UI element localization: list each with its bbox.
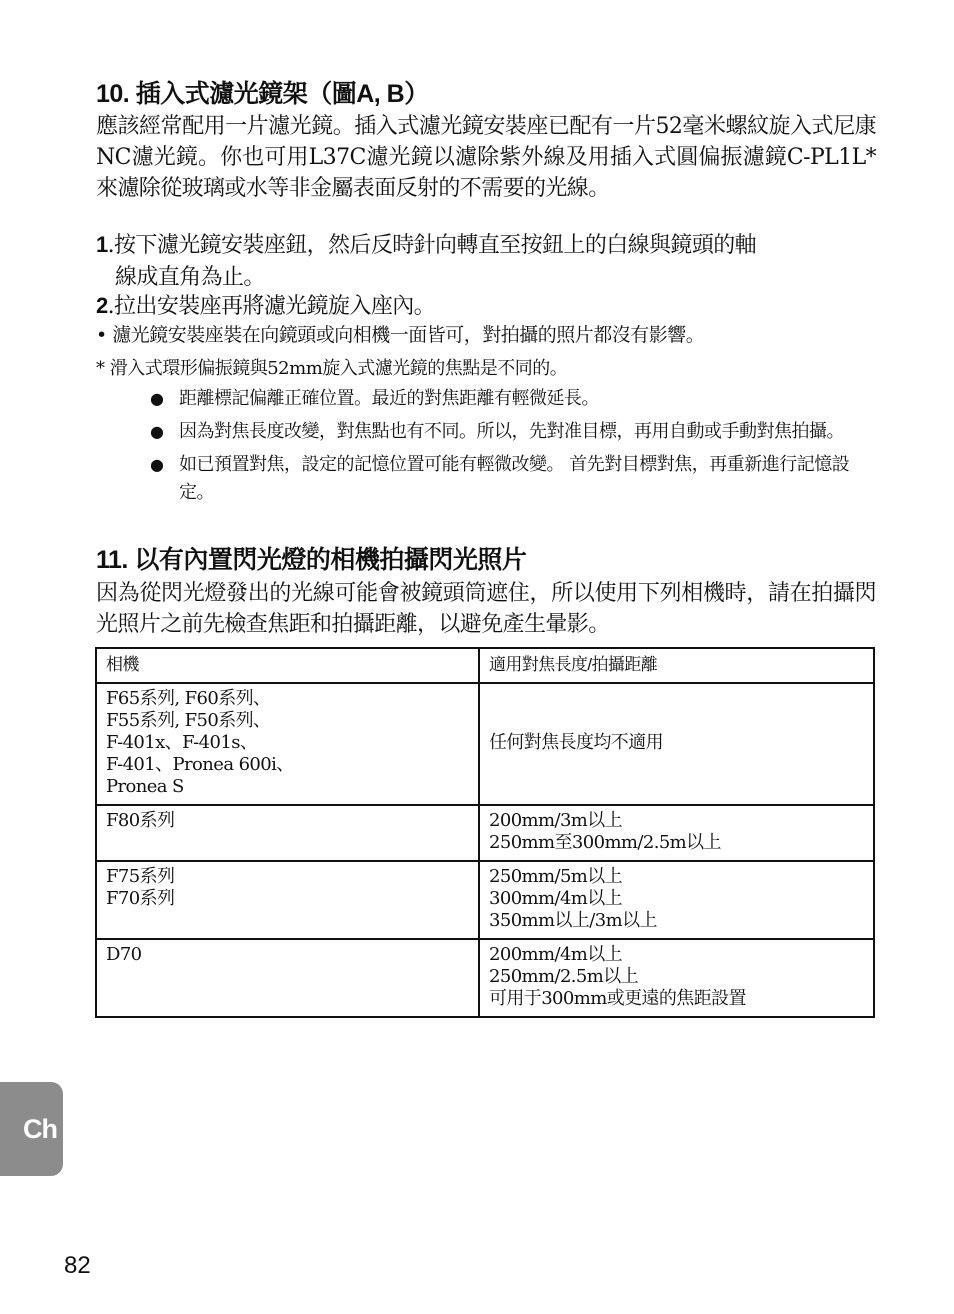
cell-line: 200mm/3m以上 [489, 810, 864, 832]
list-item: ● 如已預置對焦，設定的記憶位置可能有輕微改變。 首先對目標對焦，再重新進行記憶… [148, 451, 876, 507]
camera-cell: D70 [96, 939, 479, 1017]
cell-line: 可用于300mm或更遠的焦距設置 [489, 988, 864, 1010]
step-1: 1.按下濾光鏡安裝座鈕，然后反時針向轉直至按鈕上的白線與鏡頭的軸 線成直角為止。 [96, 229, 876, 294]
list-item: ● 因為對焦長度改變，對焦點也有不同。所以，先對准目標，再用自動或手動對焦拍攝。 [148, 418, 876, 446]
cell-line: F55系列, F50系列、 [106, 710, 469, 732]
table-row: F75系列 F70系列 250mm/5m以上 300mm/4m以上 350mm以… [96, 861, 874, 939]
bullet-icon: ● [150, 418, 163, 446]
cell-line: 300mm/4m以上 [489, 888, 864, 910]
cell-line: 200mm/4m以上 [489, 944, 864, 966]
cell-line: Pronea S [106, 776, 469, 798]
cell-line: F-401x、F-401s、 [106, 732, 469, 754]
cell-line: D70 [106, 944, 469, 966]
section-11-title: 11. 以有內置閃光燈的相機拍攝閃光照片 [96, 544, 526, 576]
cell-line: 250mm/5m以上 [489, 866, 864, 888]
cell-line: 250mm至300mm/2.5m以上 [489, 832, 864, 854]
page-number: 82 [64, 1252, 91, 1280]
footnote-bullet-list: ● 距離標記偏離正確位置。最近的對焦距離有輕微延長。 ● 因為對焦長度改變，對焦… [148, 385, 876, 512]
list-item: ● 距離標記偏離正確位置。最近的對焦距離有輕微延長。 [148, 385, 876, 413]
table-row: F65系列, F60系列、 F55系列, F50系列、 F-401x、F-401… [96, 683, 874, 805]
section-10-paragraph: 應該經常配用一片濾光鏡。插入式濾光鏡安裝座已配有一片52毫米螺紋旋入式尼康NC濾… [96, 111, 876, 204]
range-cell: 200mm/3m以上 250mm至300mm/2.5m以上 [479, 805, 874, 861]
cell-line: 任何對焦長度均不適用 [489, 732, 864, 754]
step-2: 2.拉出安裝座再將濾光鏡旋入座內。 [96, 290, 876, 323]
cell-line: F70系列 [106, 888, 469, 910]
table-row: D70 200mm/4m以上 250mm/2.5m以上 可用于300mm或更遠的… [96, 939, 874, 1017]
step-number: 2 [96, 293, 108, 318]
cell-line: F75系列 [106, 866, 469, 888]
cell-line: F65系列, F60系列、 [106, 688, 469, 710]
camera-cell: F80系列 [96, 805, 479, 861]
list-item-text: 距離標記偏離正確位置。最近的對焦距離有輕微延長。 [179, 388, 599, 409]
cell-line: 250mm/2.5m以上 [489, 966, 864, 988]
step-number: 1 [96, 232, 108, 257]
step-text: .拉出安裝座再將濾光鏡旋入座內。 [108, 294, 435, 319]
table-row: F80系列 200mm/3m以上 250mm至300mm/2.5m以上 [96, 805, 874, 861]
cell-line: F80系列 [106, 810, 469, 832]
section-11-paragraph: 因為從閃光燈發出的光線可能會被鏡頭筒遮住，所以使用下列相機時，請在拍攝閃光照片之… [96, 578, 876, 640]
camera-cell: F65系列, F60系列、 F55系列, F50系列、 F-401x、F-401… [96, 683, 479, 805]
mount-note-bullet: • 濾光鏡安裝座裝在向鏡頭或向相機一面皆可，對拍攝的照片都沒有影響。 [96, 321, 876, 349]
camera-cell: F75系列 F70系列 [96, 861, 479, 939]
footnote: * 滑入式環形偏振鏡與52mm旋入式濾光鏡的焦點是不同的。 [96, 355, 876, 383]
cell-line: F-401、Pronea 600i、 [106, 754, 469, 776]
section-10-title: 10. 插入式濾光鏡架（圖A, B） [96, 78, 429, 110]
column-header-camera: 相機 [96, 648, 479, 683]
cell-line: 350mm以上/3m以上 [489, 910, 864, 932]
focal-length-table: 相機 適用對焦長度/拍攝距離 F65系列, F60系列、 F55系列, F50系… [95, 647, 875, 1018]
step-text: .按下濾光鏡安裝座鈕，然后反時針向轉直至按鈕上的白線與鏡頭的軸 [108, 233, 756, 258]
bullet-icon: ● [150, 385, 163, 413]
bullet-icon: ● [150, 451, 163, 479]
table-header-row: 相機 適用對焦長度/拍攝距離 [96, 648, 874, 683]
list-item-text: 因為對焦長度改變，對焦點也有不同。所以，先對准目標，再用自動或手動對焦拍攝。 [179, 421, 844, 442]
list-item-text: 如已預置對焦，設定的記憶位置可能有輕微改變。 首先對目標對焦，再重新進行記憶設定… [179, 454, 849, 503]
column-header-range: 適用對焦長度/拍攝距離 [479, 648, 874, 683]
range-cell: 任何對焦長度均不適用 [479, 683, 874, 805]
range-cell: 250mm/5m以上 300mm/4m以上 350mm以上/3m以上 [479, 861, 874, 939]
range-cell: 200mm/4m以上 250mm/2.5m以上 可用于300mm或更遠的焦距設置 [479, 939, 874, 1017]
language-tab-chinese: Ch [0, 1082, 63, 1176]
